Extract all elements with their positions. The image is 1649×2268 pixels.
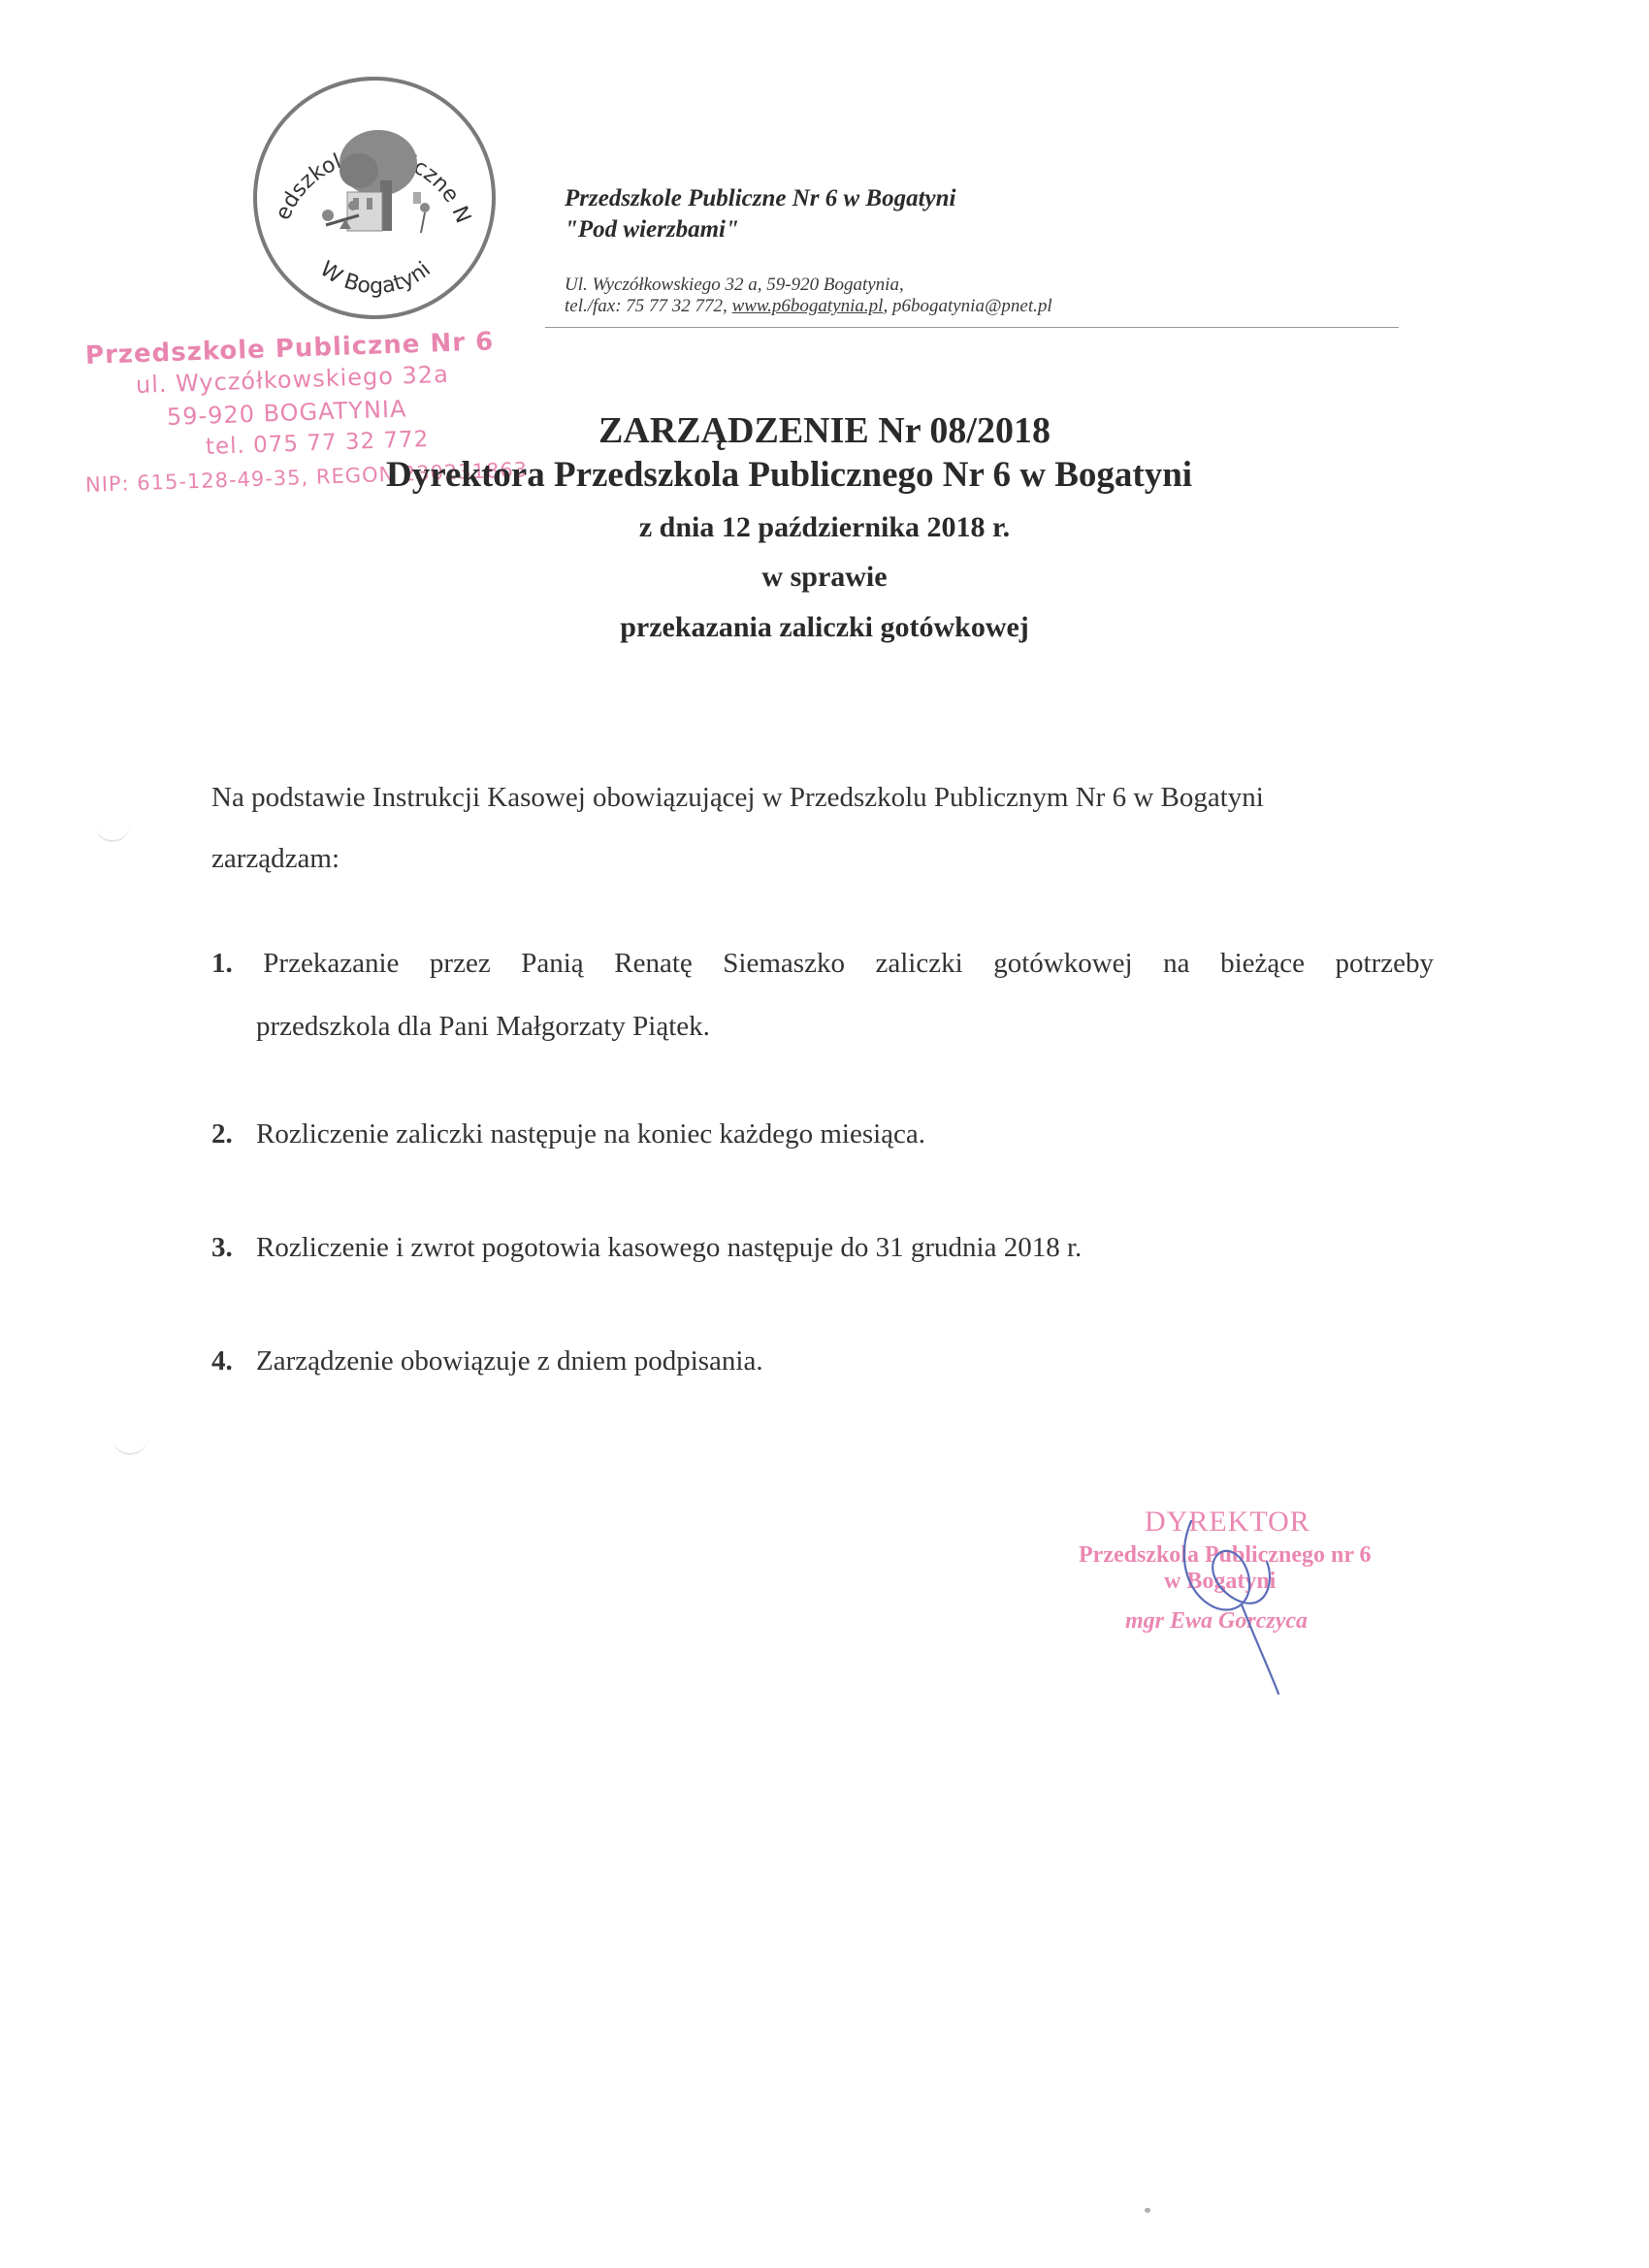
item-word: Siemaszko [723,947,845,980]
document-date: z dnia 12 października 2018 r. [0,511,1649,544]
item-word: bieżące [1220,947,1305,980]
list-item-1: 1. Przekazanie przez Panią Renatę Siemas… [211,947,1434,980]
list-item-1-continuation: przedszkola dla Pani Małgorzaty Piątek. [256,1010,710,1043]
item-word: gotówkowej [993,947,1132,980]
school-name: Przedszkole Publiczne Nr 6 w Bogatyni [565,184,956,213]
item-text: Rozliczenie i zwrot pogotowia kasowego n… [256,1232,1082,1263]
item-number: 4. [211,1345,256,1377]
document-subject: przekazania zaliczki gotówkowej [0,611,1649,644]
letterhead-divider [545,327,1399,328]
order-verb: zarządzam: [211,842,339,875]
svg-text:W Bogatyni: W Bogatyni [315,257,436,299]
school-motto: "Pod wierzbami" [565,215,739,244]
list-item-4: 4.Zarządzenie obowiązuje z dniem podpisa… [211,1345,763,1377]
item-word: zaliczki [876,947,963,980]
tree-house-icon [322,130,430,233]
phone-fax: tel./fax: 75 77 32 772, [565,296,732,316]
document-heading: ZARZĄDZENIE Nr 08/2018 [0,409,1649,452]
subject-intro: w sprawie [0,561,1649,594]
handwritten-signature [1174,1513,1329,1698]
legal-basis: Na podstawie Instrukcji Kasowej obowiązu… [211,781,1264,814]
school-address: Ul. Wyczółkowskiego 32 a, 59-920 Bogatyn… [565,275,904,296]
punch-hole-mark [95,823,130,842]
item-text: Zarządzenie obowiązuje z dniem podpisani… [256,1345,763,1377]
item-word: Renatę [614,947,693,980]
item-word: Przekazanie [263,947,399,980]
email-link[interactable]: p6bogatynia@pnet.pl [892,296,1052,316]
item-number: 2. [211,1118,256,1150]
school-logo-stamp: Przedszkole Publiczne Nr 6 W Bogatyni [250,74,499,322]
item-word: Panią [521,947,583,980]
website-link[interactable]: www.p6bogatynia.pl [732,296,884,316]
list-item-2: 2.Rozliczenie zaliczki następuje na koni… [211,1118,925,1150]
item-word: potrzeby [1336,947,1434,980]
item-text: Rozliczenie zaliczki następuje na koniec… [256,1118,925,1150]
scan-speck [1145,2208,1150,2213]
item-word: przez [430,947,491,980]
school-contact: tel./fax: 75 77 32 772, www.p6bogatynia.… [565,296,1052,317]
logo-ring-bottom-text: W Bogatyni [315,257,436,299]
contact-separator: , [883,296,892,316]
item-number: 1. [211,947,233,980]
document-issuer: Dyrektora Przedszkola Publicznego Nr 6 w… [386,454,1259,496]
item-number: 3. [211,1231,256,1264]
list-item-3: 3.Rozliczenie i zwrot pogotowia kasowego… [211,1231,1082,1264]
item-word: na [1163,947,1189,980]
punch-hole-mark [113,1436,147,1455]
